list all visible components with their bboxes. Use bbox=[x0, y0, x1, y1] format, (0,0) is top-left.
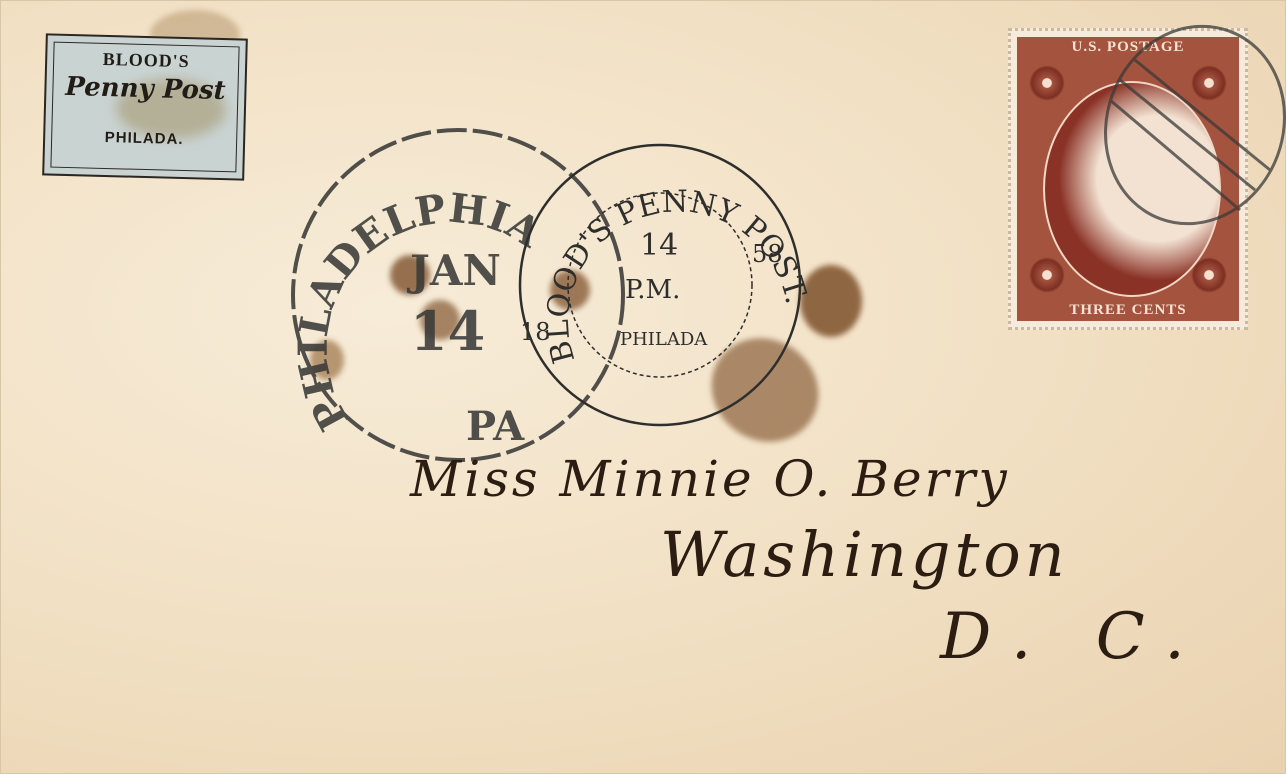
address-district: D. C. bbox=[940, 600, 1207, 674]
svg-text:14: 14 bbox=[410, 299, 485, 363]
address-recipient: Miss Minnie O. Berry bbox=[410, 450, 1010, 508]
svg-text:18: 18 bbox=[520, 318, 551, 346]
svg-text:58: 58 bbox=[752, 240, 783, 268]
svg-text:14: 14 bbox=[640, 228, 678, 263]
svg-text:P.M.: P.M. bbox=[625, 275, 680, 305]
svg-text:PHILADA: PHILADA bbox=[620, 329, 708, 350]
svg-text:PA: PA bbox=[466, 403, 525, 450]
address-city: Washington bbox=[660, 518, 1069, 591]
svg-text:JAN: JAN bbox=[406, 246, 501, 295]
bloods-postmark: BLOOD'S PENNY POST. 14 P.M. 18 58 PHILAD… bbox=[520, 145, 813, 425]
